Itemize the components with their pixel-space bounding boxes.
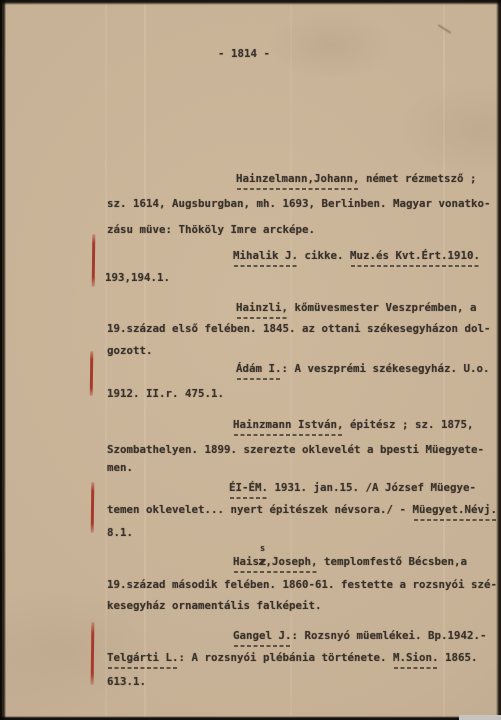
typewritten-line: 613.1. (107, 675, 146, 688)
text-segment: temen oklevelet... nyert épitészek névso… (107, 503, 413, 516)
typewritten-line: Szombathelyen. 1899. szerezte oklevelét … (107, 443, 484, 456)
text-segment: men. (107, 461, 133, 474)
text-segment: 8.1. (107, 526, 133, 539)
text-segment: : A veszprémi székesegyház. U.o. (282, 362, 490, 375)
typewritten-line: Hainzelmann,Johann, német rézmetsző ; (236, 172, 477, 185)
text-segment: 1931. jan.15. /A József Müegye- (268, 481, 476, 494)
overtyped-char: zs (259, 555, 266, 568)
text-segment: épitész ; sz. 1875, (344, 418, 474, 431)
underlined-text-segment: ÉI-ÉM. (229, 481, 268, 494)
underlined-text-segment: Hainzmann István, (233, 418, 344, 431)
text-segment: templomfestő Bécsben,a (318, 555, 468, 568)
typewritten-line: 193,194.1. (105, 271, 170, 284)
typewritten-line: 19.század második felében. 1860-61. fest… (107, 578, 497, 591)
underlined-text-segment: Telgárti L. (107, 651, 179, 664)
text-segment: 19.század első felében. 1845. az ottani … (107, 322, 491, 335)
typewritten-line: temen oklevelet... nyert épitészek névso… (107, 503, 497, 516)
text-segment: sz. 1614, Augsburgban, mh. 1693, Berlinb… (107, 197, 491, 210)
underlined-text-segment: Gangel J. (233, 629, 292, 642)
page-number: - 1814 - (218, 47, 270, 60)
underlined-text-segment: ,Joseph, (266, 555, 318, 568)
overtype-correction-superscript: s (260, 545, 265, 554)
scanned-document-page: - 1814 - Hainzelmann,Johann, német rézme… (0, 0, 501, 720)
scan-edge-top (0, 0, 501, 5)
red-margin-mark (91, 622, 94, 685)
underlined-text-segment: Ádám I. (236, 362, 282, 375)
typewritten-line: Hainzmann István, épitész ; sz. 1875, (233, 418, 474, 431)
text-segment: gozott. (107, 344, 153, 357)
typewritten-line: 19.század első felében. 1845. az ottani … (107, 322, 491, 335)
typewritten-line: Gangel J.: Rozsnyó müemlékei. Bp.1942.- (233, 629, 487, 642)
text-segment: 19.század második felében. 1860-61. fest… (107, 578, 497, 591)
typewritten-line: men. (107, 461, 133, 474)
text-segment: : A rozsnyói plébánia története. (179, 651, 394, 664)
text-segment: 1912. II.r. 475.1. (107, 387, 224, 400)
text-segment: kőmüvesmester Veszprémben, a (288, 301, 477, 314)
paper-crease (105, 0, 107, 720)
typewritten-line: zásu müve: Thököly Imre arcképe. (107, 223, 315, 236)
paper-crease (144, 0, 146, 720)
typewritten-line: gozott. (107, 344, 153, 357)
typewritten-line: Mihalik J. cikke. Muz.és Kvt.Ért.1910. (233, 249, 480, 262)
typewritten-line: 8.1. (107, 526, 133, 539)
typewritten-line: ÉI-ÉM. 1931. jan.15. /A József Müegye- (229, 481, 476, 494)
text-segment: : Rozsnyó müemlékei. Bp.1942.- (292, 629, 487, 642)
typewritten-line: sz. 1614, Augsburgban, mh. 1693, Berlinb… (107, 197, 491, 210)
paper-crease (290, 0, 292, 720)
typewritten-line: Haiszs,Joseph, templomfestő Bécsben,a (233, 555, 467, 568)
red-margin-mark (90, 351, 93, 396)
red-margin-mark (92, 234, 95, 287)
underlined-text-segment: Hainzli, (236, 301, 288, 314)
text-segment: német rézmetsző ; (360, 172, 477, 185)
text-segment: kesegyház ornamentális falképeit. (107, 599, 322, 612)
scan-edge-right (496, 0, 501, 720)
text-segment: cikke. (298, 249, 350, 262)
text-segment: zásu müve: Thököly Imre arcképe. (107, 223, 315, 236)
scan-edge-bottom (0, 716, 459, 720)
paper-crease (443, 0, 445, 720)
underlined-text-segment: Müegyet.Névj. (413, 503, 498, 516)
scanner-background-corner (459, 715, 501, 720)
typewritten-line: 1912. II.r. 475.1. (107, 387, 224, 400)
typewritten-line: Telgárti L.: A rozsnyói plébánia történe… (107, 651, 478, 664)
text-segment: 193,194.1. (105, 271, 170, 284)
text-segment: Szombathelyen. 1899. szerezte oklevelét … (107, 443, 484, 456)
text-segment: 1865. (439, 651, 478, 664)
underlined-text-segment: Mihalik J. (233, 249, 298, 262)
underlined-text-segment: Hais (233, 555, 259, 568)
red-margin-mark (91, 482, 94, 533)
underlined-text-segment: M.Sion. (393, 651, 439, 664)
underlined-text-segment: Hainzelmann,Johann, (236, 172, 360, 185)
typewritten-line: Hainzli, kőmüvesmester Veszprémben, a (236, 301, 477, 314)
typewritten-line: kesegyház ornamentális falképeit. (107, 599, 322, 612)
scan-edge-left (0, 0, 6, 720)
text-segment: 613.1. (107, 675, 146, 688)
typewritten-line: Ádám I.: A veszprémi székesegyház. U.o. (236, 362, 490, 375)
underlined-text-segment: Muz.és Kvt.Ért.1910. (350, 249, 480, 262)
